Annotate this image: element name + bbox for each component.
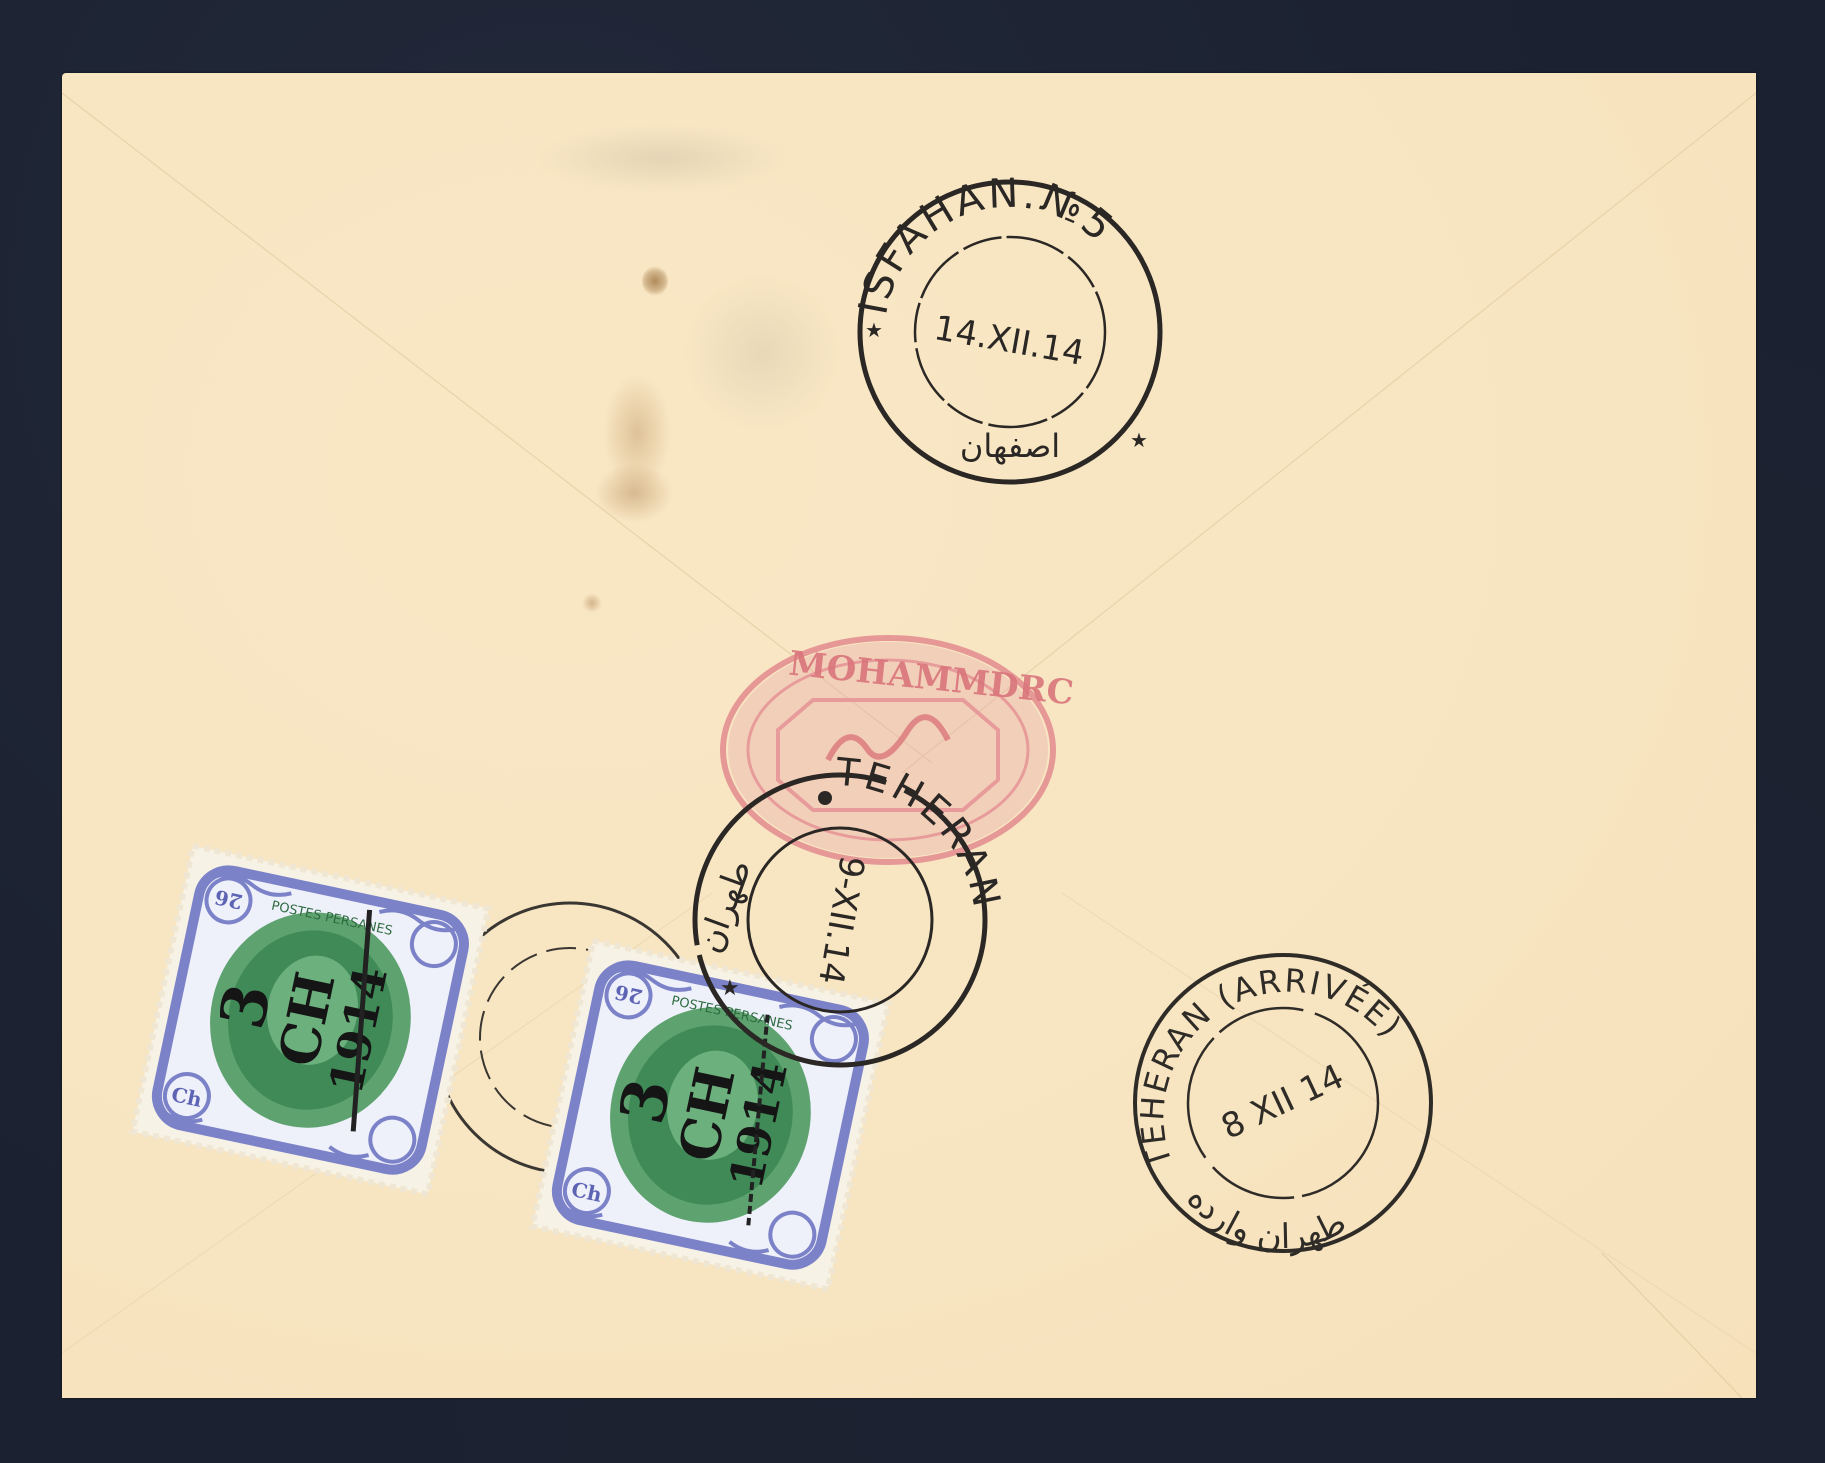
svg-text:طهران وارده: طهران وارده [1179, 1179, 1353, 1258]
foxing-stain [594, 463, 674, 523]
postmark-teheran-arrivee: TEHERAN (ARRIVÉE) 8 XII 14 طهران وارده [1128, 948, 1438, 1262]
svg-text:اصفهان: اصفهان [960, 427, 1060, 465]
svg-text:9-XII.14: 9-XII.14 [810, 853, 872, 988]
svg-text:14.XII.14: 14.XII.14 [931, 308, 1087, 374]
postmark-isfahan: ISFAHAN.№5 14.XII.14 اصفهان ★ ★ [845, 157, 1175, 511]
svg-text:★: ★ [865, 318, 883, 342]
svg-text:★: ★ [720, 976, 740, 1001]
faint-marks [532, 123, 792, 193]
svg-text:8 XII 14: 8 XII 14 [1215, 1057, 1350, 1148]
foxing-stain [642, 266, 668, 296]
foxing-stain [582, 593, 602, 613]
stamp-left: Ch 26 POSTES PERSANES 3 CH 1914 [127, 841, 493, 1203]
svg-text:★: ★ [1130, 428, 1148, 452]
postmark-teheran-departure: TEHERAN №9 9-XII.14 طهران ★ [675, 760, 1005, 1084]
faint-marks [682, 273, 842, 433]
